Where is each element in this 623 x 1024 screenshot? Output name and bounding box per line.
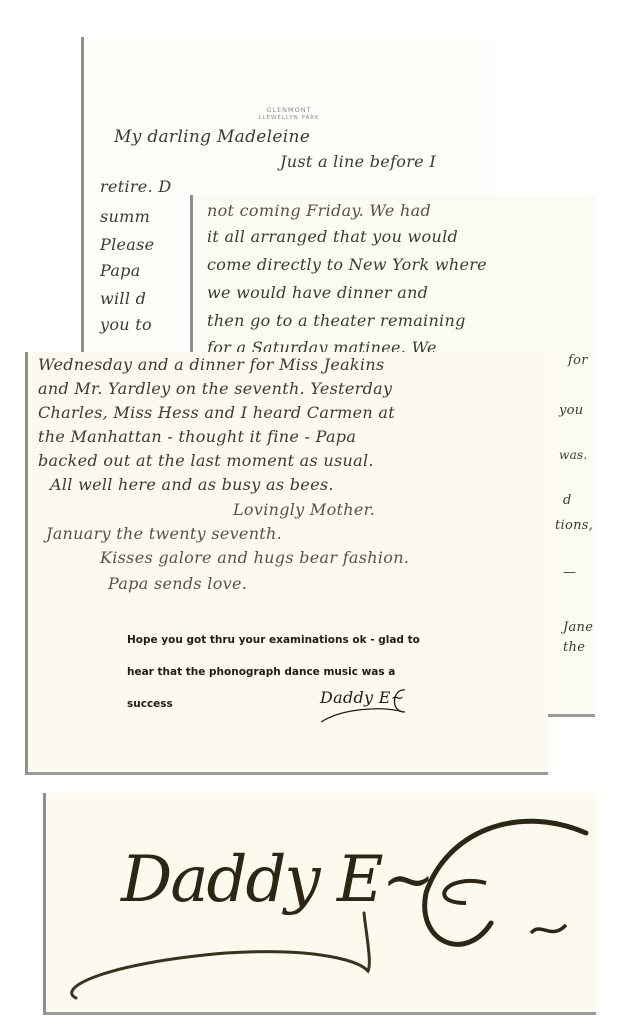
letter-line: retire. D	[100, 177, 171, 196]
letter-line: Just a line before I	[280, 152, 436, 171]
letter-line: All well here and as busy as bees.	[50, 475, 334, 494]
letter-line: Please	[100, 235, 154, 254]
edge-fragment: the	[563, 640, 585, 655]
letter-line: you to	[100, 315, 152, 334]
letter-line: not coming Friday. We had	[207, 201, 431, 220]
edge-fragment: tions,	[555, 518, 593, 533]
letter-line: Papa	[100, 261, 141, 280]
letter-line: the Manhattan - thought it fine - Papa	[38, 427, 356, 446]
father-note-line: hear that the phonograph dance music was…	[127, 666, 395, 678]
father-note-line: Hope you got thru your examinations ok -…	[127, 634, 420, 646]
letter-page-3: Wednesday and a dinner for Miss Jeakins …	[25, 352, 548, 775]
postscript-line: Papa sends love.	[108, 574, 247, 593]
letter-line: and Mr. Yardley on the seventh. Yesterda…	[38, 379, 392, 398]
letter-line: Wednesday and a dinner for Miss Jeakins	[38, 355, 384, 374]
postscript-line: Kisses galore and hugs bear fashion.	[100, 548, 409, 567]
letterhead-name: GLENMONT	[84, 106, 494, 114]
edge-fragment: you	[559, 403, 583, 418]
edge-fragment: Jane	[563, 620, 593, 635]
letter-line: summ	[100, 207, 150, 226]
closing: Lovingly Mother.	[233, 500, 375, 519]
edge-fragment: was.	[559, 448, 588, 462]
signature-text: Daddy E~	[121, 843, 433, 917]
letter-line: it all arranged that you would	[207, 227, 458, 246]
letter-date: January the twenty seventh.	[46, 524, 282, 543]
edge-fragment: —	[563, 565, 576, 580]
edge-fragment: d	[563, 493, 572, 508]
salutation: My darling Madeleine	[114, 127, 310, 147]
letterhead: GLENMONT LLEWELLYN PARK	[84, 106, 494, 121]
letter-line: come directly to New York where	[207, 255, 487, 274]
letterhead-location: LLEWELLYN PARK	[84, 115, 494, 121]
father-note-line: success	[127, 698, 173, 710]
letter-line: then go to a theater remaining	[207, 311, 466, 330]
signature-closeup: Daddy E~	[43, 793, 596, 1015]
small-signature: Daddy E~	[320, 688, 404, 707]
edge-fragment: for	[568, 353, 588, 368]
letter-line: will d	[100, 289, 146, 308]
letter-line: Charles, Miss Hess and I heard Carmen at	[38, 403, 395, 422]
letter-line: backed out at the last moment as usual.	[38, 451, 374, 470]
letter-line: we would have dinner and	[207, 283, 428, 302]
